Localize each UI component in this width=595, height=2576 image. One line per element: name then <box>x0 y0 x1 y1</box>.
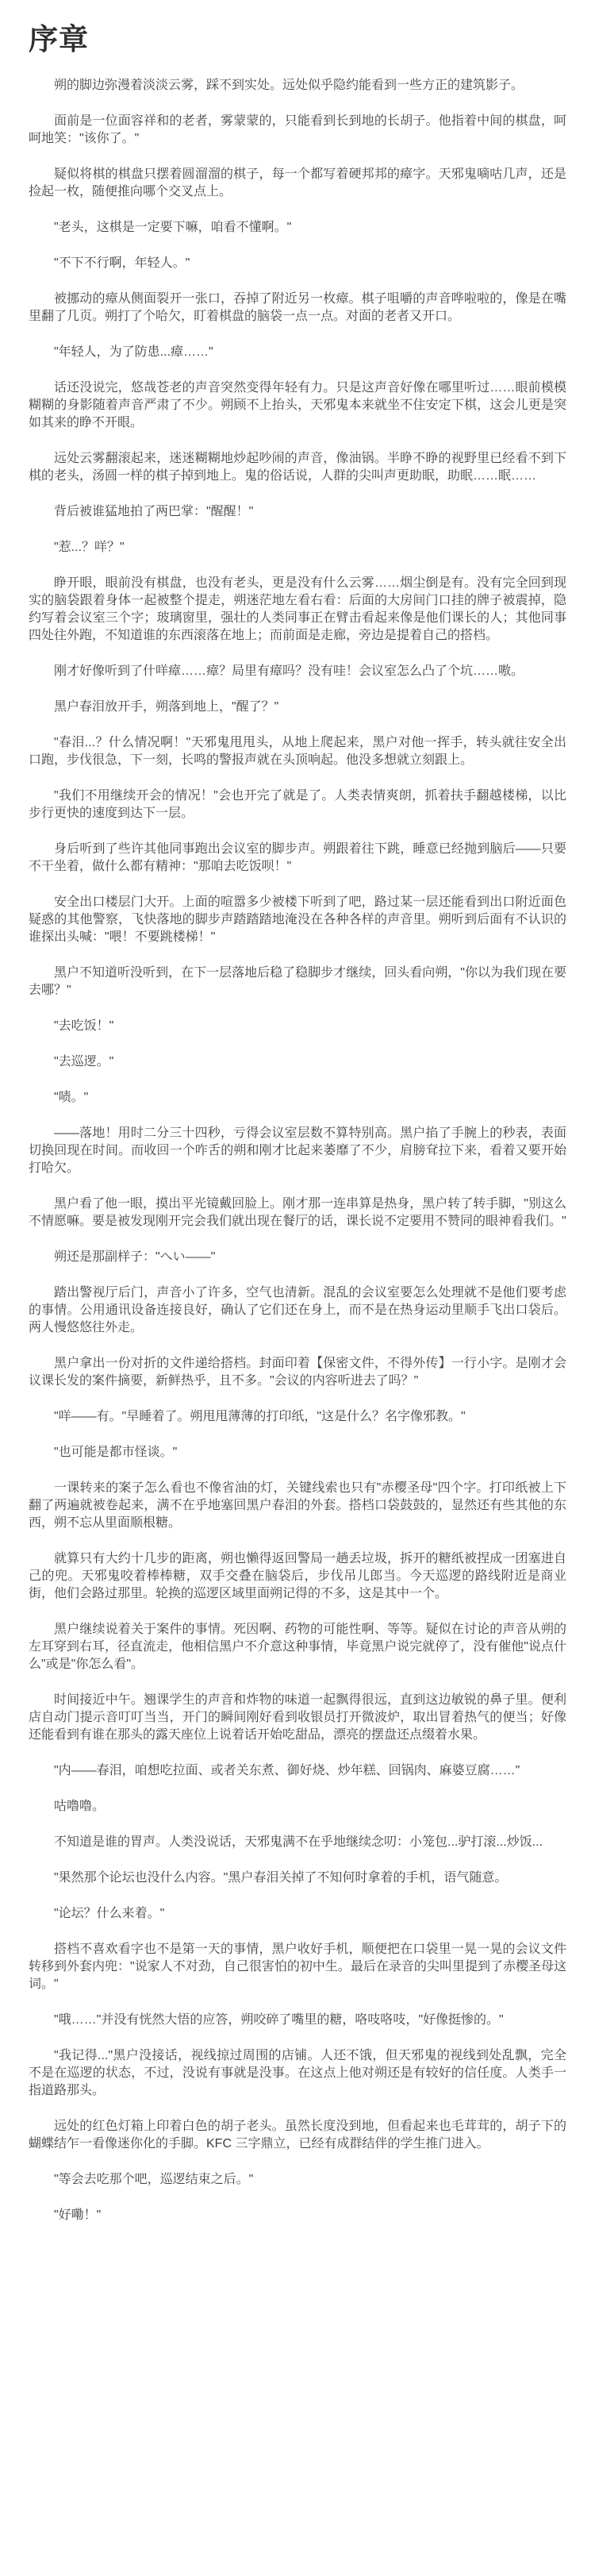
chapter-page: 序章 朔的脚边弥漫着淡淡云雾，踩不到实处。远处似乎隐约能看到一些方正的建筑影子。… <box>0 0 595 2576</box>
paragraph: 朔还是那副样子："へい——" <box>29 1249 566 1266</box>
paragraph: 黑户春泪放开手，朔落到地上，"醒了？" <box>29 699 566 716</box>
paragraph: 黑户看了他一眼，摸出平光镜戴回脸上。刚才那一连串算是热身，黑户转了转手脚，"别这… <box>29 1196 566 1230</box>
paragraph: 身后听到了些许其他同事跑出会议室的脚步声。朔跟着往下跳，睡意已经抛到脑后——只要… <box>29 841 566 876</box>
paragraph: 话还没说完，悠哉苍老的声音突然变得年轻有力。只是这声音好像在哪里听过……眼前模模… <box>29 379 566 432</box>
paragraph: "果然那个论坛也没什么内容。"黑户春泪关掉了不知何时拿着的手机，语气随意。 <box>29 1869 566 1887</box>
paragraph: "好嘞！" <box>29 2207 566 2224</box>
paragraph: "年轻人，为了防患...瘴……" <box>29 344 566 361</box>
paragraph: "啧。" <box>29 1089 566 1107</box>
paragraph: 面前是一位面容祥和的老者，雾蒙蒙的，只能看到长到地的长胡子。他指着中间的棋盘，呵… <box>29 113 566 148</box>
paragraph: "春泪...？什么情况啊！"天邪鬼甩甩头，从地上爬起来，黑户对他一挥手，转头就往… <box>29 734 566 769</box>
paragraph: "等会去吃那个吧，巡逻结束之后。" <box>29 2171 566 2189</box>
paragraph: 远处的红色灯箱上印着白色的胡子老头。虽然长度没到地，但看起来也毛茸茸的，胡子下的… <box>29 2118 566 2153</box>
paragraph: "惹...？咩？" <box>29 539 566 556</box>
paragraph: "不下不行啊，年轻人。" <box>29 255 566 272</box>
chapter-body: 朔的脚边弥漫着淡淡云雾，踩不到实处。远处似乎隐约能看到一些方正的建筑影子。面前是… <box>29 77 566 2224</box>
paragraph: "也可能是都市怪谈。" <box>29 1444 566 1461</box>
paragraph: "论坛？什么来着。" <box>29 1905 566 1923</box>
paragraph: 黑户不知道听没听到，在下一层落地后稳了稳脚步才继续，回头看向朔，"你以为我们现在… <box>29 965 566 999</box>
paragraph: 疑似将棋的棋盘只摆着圆溜溜的棋子，每一个都写着硬邦邦的瘴字。天邪鬼嘀咕几声，还是… <box>29 166 566 201</box>
paragraph: 咕噜噜。 <box>29 1798 566 1816</box>
paragraph: 安全出口楼层门大开。上面的喧嚣多少被楼下听到了吧，路过某一层还能看到出口附近面色… <box>29 894 566 946</box>
paragraph: 一课转来的案子怎么看也不像省油的灯，关键线索也只有"赤樱圣母"四个字。打印纸被上… <box>29 1480 566 1532</box>
paragraph: 远处云雾翻滚起来，迷迷糊糊地炒起吵闹的声音，像油锅。半睁不睁的视野里已经看不到下… <box>29 450 566 485</box>
paragraph: 黑户拿出一份对折的文件递给搭档。封面印着【保密文件，不得外传】一行小字。是刚才会… <box>29 1355 566 1390</box>
paragraph: 刚才好像听到了什咩瘴……瘴？局里有瘴吗？没有哇！会议室怎么凸了个坑……嗷。 <box>29 663 566 680</box>
paragraph: "老头，这棋是一定要下嘛，咱看不懂啊。" <box>29 219 566 237</box>
paragraph: "内——春泪，咱想吃拉面、或者关东煮、御好烧、炒年糕、回锅肉、麻婆豆腐……" <box>29 1762 566 1780</box>
paragraph: 背后被谁猛地拍了两巴掌："醒醒！" <box>29 503 566 521</box>
paragraph: 被挪动的瘴从侧面裂开一张口，吞掉了附近另一枚瘴。棋子咀嚼的声音哗啦啦的，像是在嘴… <box>29 291 566 325</box>
paragraph: "去吃饭！" <box>29 1018 566 1035</box>
paragraph: 黑户继续说着关于案件的事情。死因啊、药物的可能性啊、等等。疑似在讨论的声音从朔的… <box>29 1621 566 1673</box>
paragraph: "我们不用继续开会的情况！"会也开完了就是了。人类表情爽朗，抓着扶手翻越楼梯，以… <box>29 787 566 822</box>
paragraph: 睁开眼，眼前没有棋盘，也没有老头，更是没有什么云雾……烟尘倒是有。没有完全回到现… <box>29 575 566 645</box>
paragraph: "去巡逻。" <box>29 1053 566 1071</box>
paragraph: ——落地！用时二分三十四秒，亏得会议室层数不算特别高。黑户掐了手腕上的秒表，表面… <box>29 1125 566 1177</box>
chapter-title: 序章 <box>29 21 566 59</box>
paragraph: 不知道是谁的胃声。人类没说话，天邪鬼满不在乎地继续念叨：小笼包...驴打滚...… <box>29 1834 566 1851</box>
paragraph: 朔的脚边弥漫着淡淡云雾，踩不到实处。远处似乎隐约能看到一些方正的建筑影子。 <box>29 77 566 94</box>
paragraph: 踏出警视厅后门，声音小了许多，空气也清新。混乱的会议室要怎么处理就不是他们要考虑… <box>29 1284 566 1337</box>
paragraph: 搭档不喜欢看字也不是第一天的事情，黑户收好手机，顺便把在口袋里一晃一晃的会议文件… <box>29 1941 566 1993</box>
paragraph: 就算只有大约十几步的距离，朔也懒得返回警局一趟丢垃圾，拆开的糖纸被捏成一团塞进自… <box>29 1550 566 1603</box>
paragraph: "哦……"并没有恍然大悟的应答，朔咬碎了嘴里的糖，咯吱咯吱，"好像挺惨的。" <box>29 2012 566 2029</box>
paragraph: 时间接近中午。翘课学生的声音和炸物的味道一起飘得很远，直到这边敏锐的鼻子里。便利… <box>29 1692 566 1744</box>
paragraph: "我记得..."黑户没接话，视线掠过周围的店铺。人还不饿，但天邪鬼的视线到处乱飘… <box>29 2047 566 2100</box>
paragraph: "咩——有。"早睡着了。朔甩甩薄薄的打印纸，"这是什么？名字像邪教。" <box>29 1408 566 1426</box>
